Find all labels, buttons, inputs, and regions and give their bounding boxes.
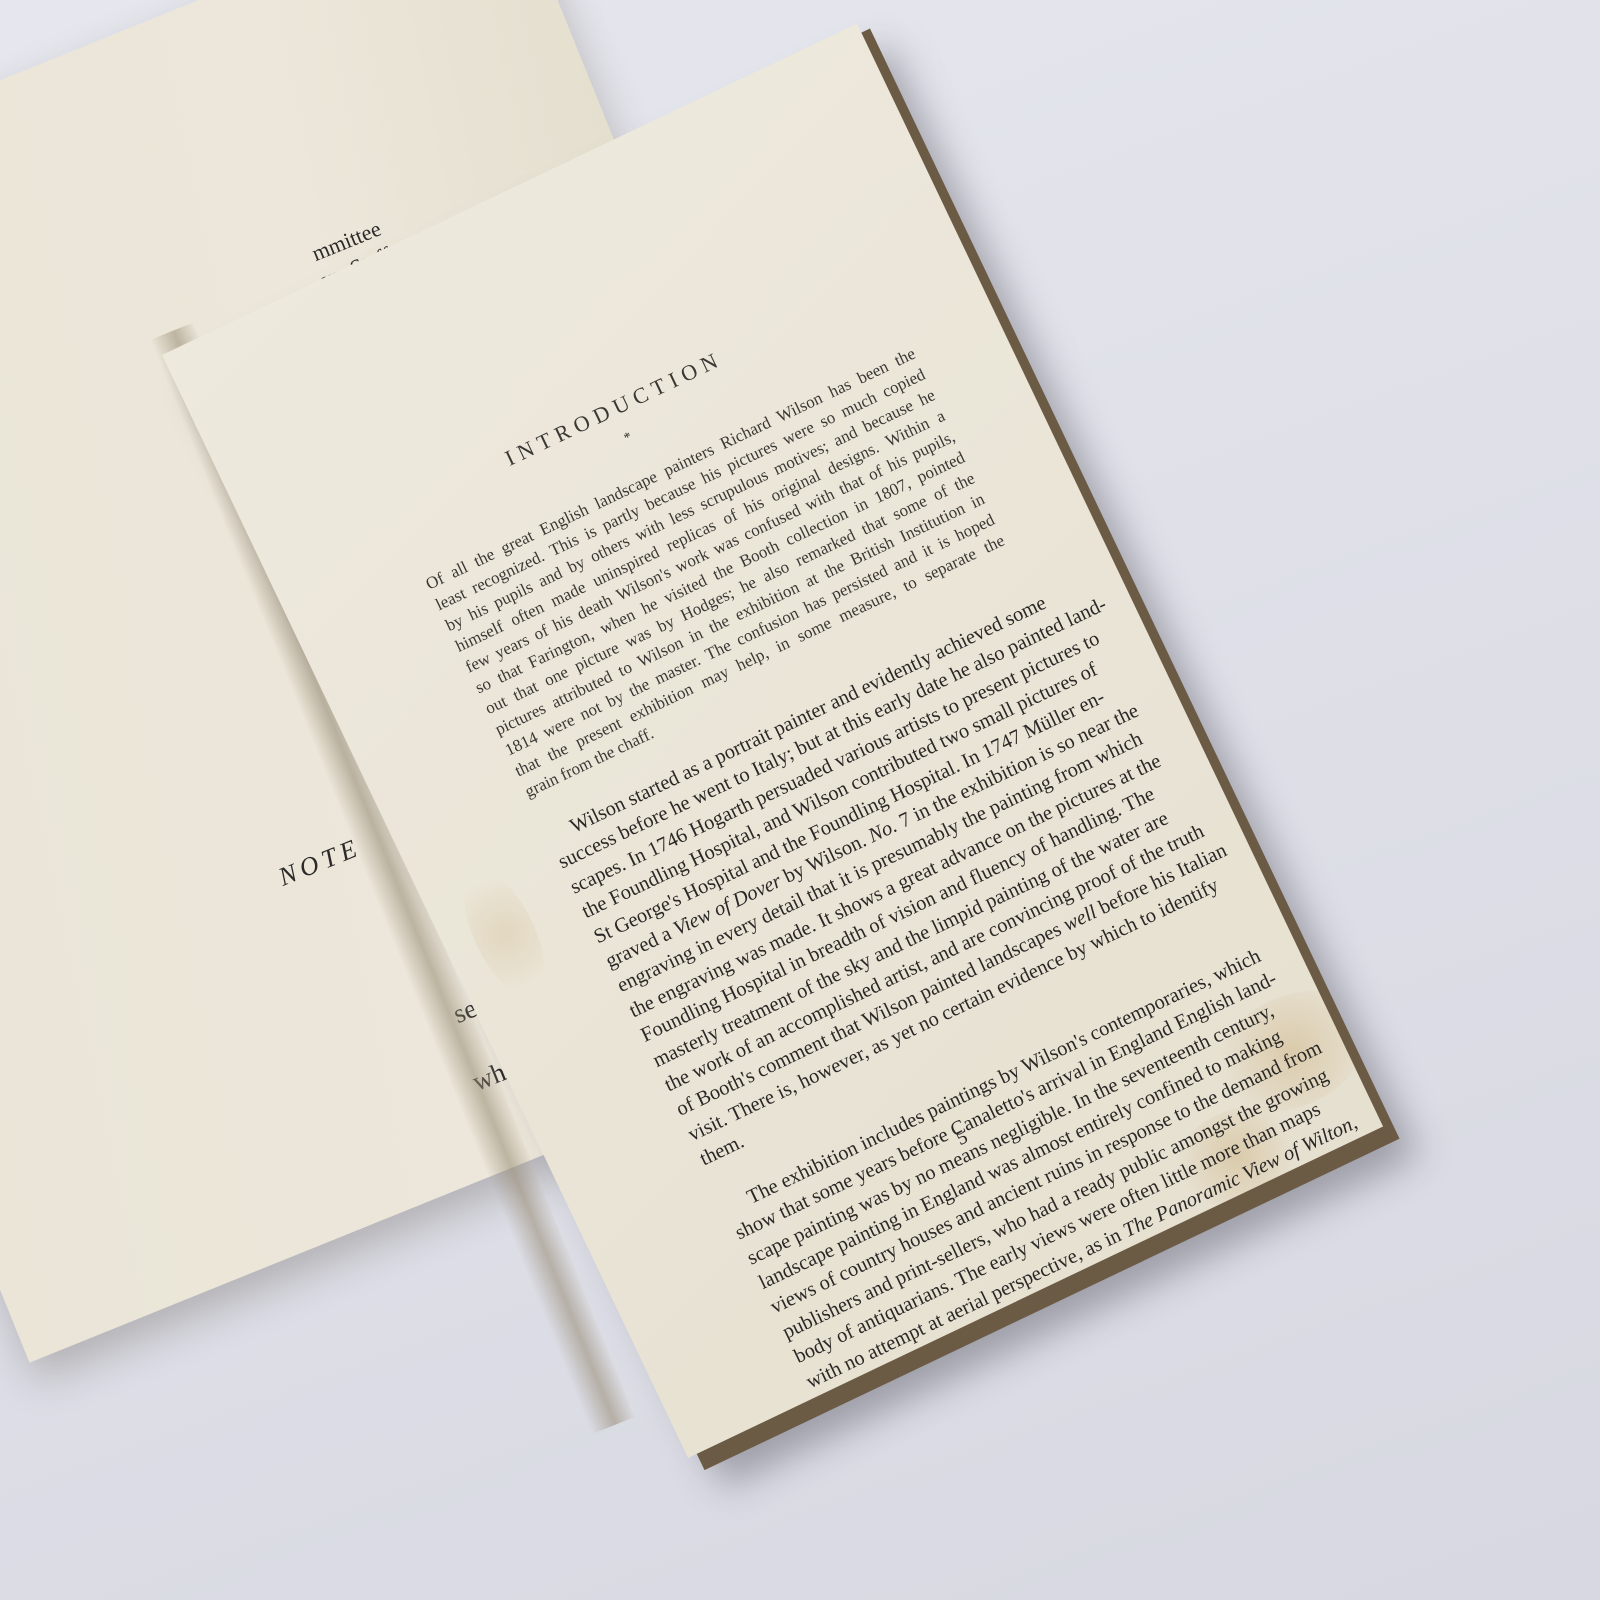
foxing-stain [447, 858, 561, 1010]
photo-scene: mmitteeery Stafftalogue;s lendingout at … [0, 0, 1600, 1600]
left-page-heading: NOTE [274, 832, 365, 892]
